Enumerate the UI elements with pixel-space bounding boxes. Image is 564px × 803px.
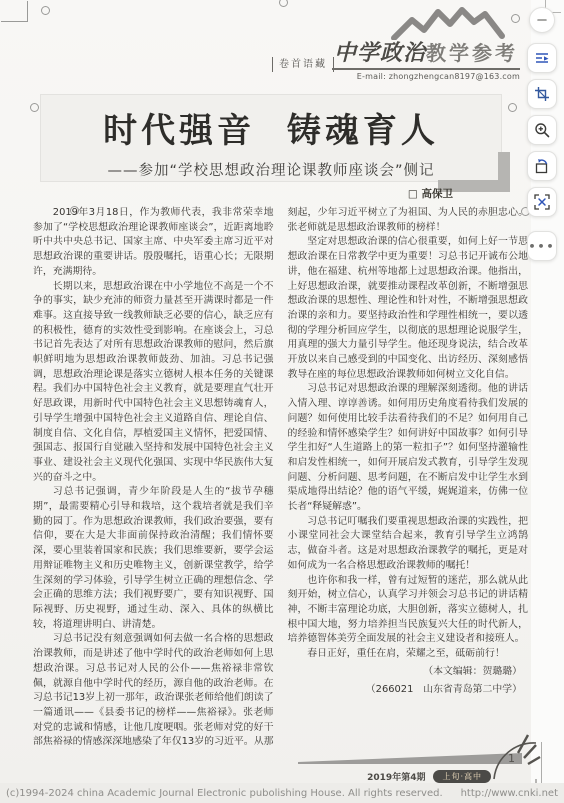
column-rubric: 卷首语藏 [272,57,334,72]
registration-mark [508,103,517,112]
registration-mark [279,0,288,7]
fit-screen-icon [534,194,550,210]
page-number: 1 [508,752,515,765]
footer-url[interactable]: http://www.cnki.net [461,788,558,799]
article-paragraph: 春日正好，重任在肩，荣耀之至，砥砺前行！ [288,647,529,662]
more-options-button[interactable]: ••• [527,231,557,261]
article-paragraph: 长期以来，思想政治课在中小学地位不高是一个不争的事实，缺少充沛的师资力量甚至开满… [33,280,274,486]
article-subtitle: ——参加“学校思想政治理论课教师座谈会”侧记 [41,159,501,180]
ellipsis-icon: ••• [528,240,555,253]
article-paragraph: 习总书记对思想政治课的理解深刻透彻。他的讲话入情入理、谆谆善诱。如何用历史角度看… [288,382,529,514]
rotate-icon [534,158,550,174]
journal-email: E-mail: zhongzhengcan8197@163.com [332,72,520,81]
collapse-toolbar-button[interactable] [529,7,555,33]
article-paragraph: 也许你和我一样，曾有过短暂的迷茫，那么就从此刻开始，树立信心，认真学习并领会习总… [288,574,529,648]
sun-doodle-icon [490,731,542,791]
issue-line: 2019年第4期 上旬·高中 [367,770,491,783]
reading-mode-icon [534,50,550,66]
cnki-footer: (c)1994-2024 china Academic Journal Elec… [0,783,564,803]
zoom-in-button[interactable] [527,115,557,145]
registration-mark [41,6,50,15]
journal-masthead: 中学政治教学参考 E-mail: zhongzhengcan8197@163.c… [332,6,520,81]
fit-screen-button[interactable] [527,187,557,217]
author-address: （266021 山东省青岛第二中学） [288,683,529,698]
article-author: □ 高保卫 [408,186,453,201]
journal-name: 中学政治教学参考 [332,36,520,67]
issue-edition-badge: 上旬·高中 [433,770,491,783]
mountain-logo-icon [390,6,510,40]
viewer: { "page": { "rubric": "卷首语藏", "journal":… [0,0,564,803]
article-title: 时代强音 铸魂育人 [41,103,501,152]
zoom-in-icon [534,122,550,138]
document-page: 卷首语藏 中学政治教学参考 E-mail: zhongzhengcan8197@… [0,0,531,786]
crop-icon [534,86,550,102]
reading-mode-button[interactable] [527,43,557,73]
article-paragraph: 2019年3月18日，作为教师代表，我非常荣幸地参加了“学校思想政治理论课教师座… [33,206,274,280]
copyright-text: (c)1994-2024 china Academic Journal Elec… [6,788,443,799]
crop-mark [1,1,28,22]
registration-mark [30,103,39,112]
journal-name-rest: 教学参考 [426,41,518,65]
article-paragraph: 习总书记叮嘱我们要重视思想政治课的实践性，把小课堂同社会大课堂结合起来，教育引导… [288,515,529,574]
article-paragraph: 习总书记强调，青少年阶段是人生的“拔节孕穗期”，最需要精心引导和栽培，这个栽培者… [33,485,274,632]
article-paragraph: 坚定对思想政治课的信心很重要，如何上好一节思想政治课在日常教学中更为重要！习总书… [288,235,529,382]
journal-name-script: 中学政治 [334,41,426,66]
rotate-button[interactable] [527,151,557,181]
article-body: 2019年3月18日，作为教师代表，我非常荣幸地参加了“学校思想政治理论课教师座… [33,206,528,758]
viewer-toolbar: ••• [525,7,559,267]
crop-button[interactable] [527,79,557,109]
article-title-box: 时代强音 铸魂育人 ——参加“学校思想政治理论课教师座谈会”侧记 [40,94,502,182]
issue-date: 2019年第4期 [367,770,425,783]
editor-note: （本文编辑：贺璐璐） [288,665,529,680]
masthead-rule [332,68,520,70]
minus-icon [536,14,548,26]
